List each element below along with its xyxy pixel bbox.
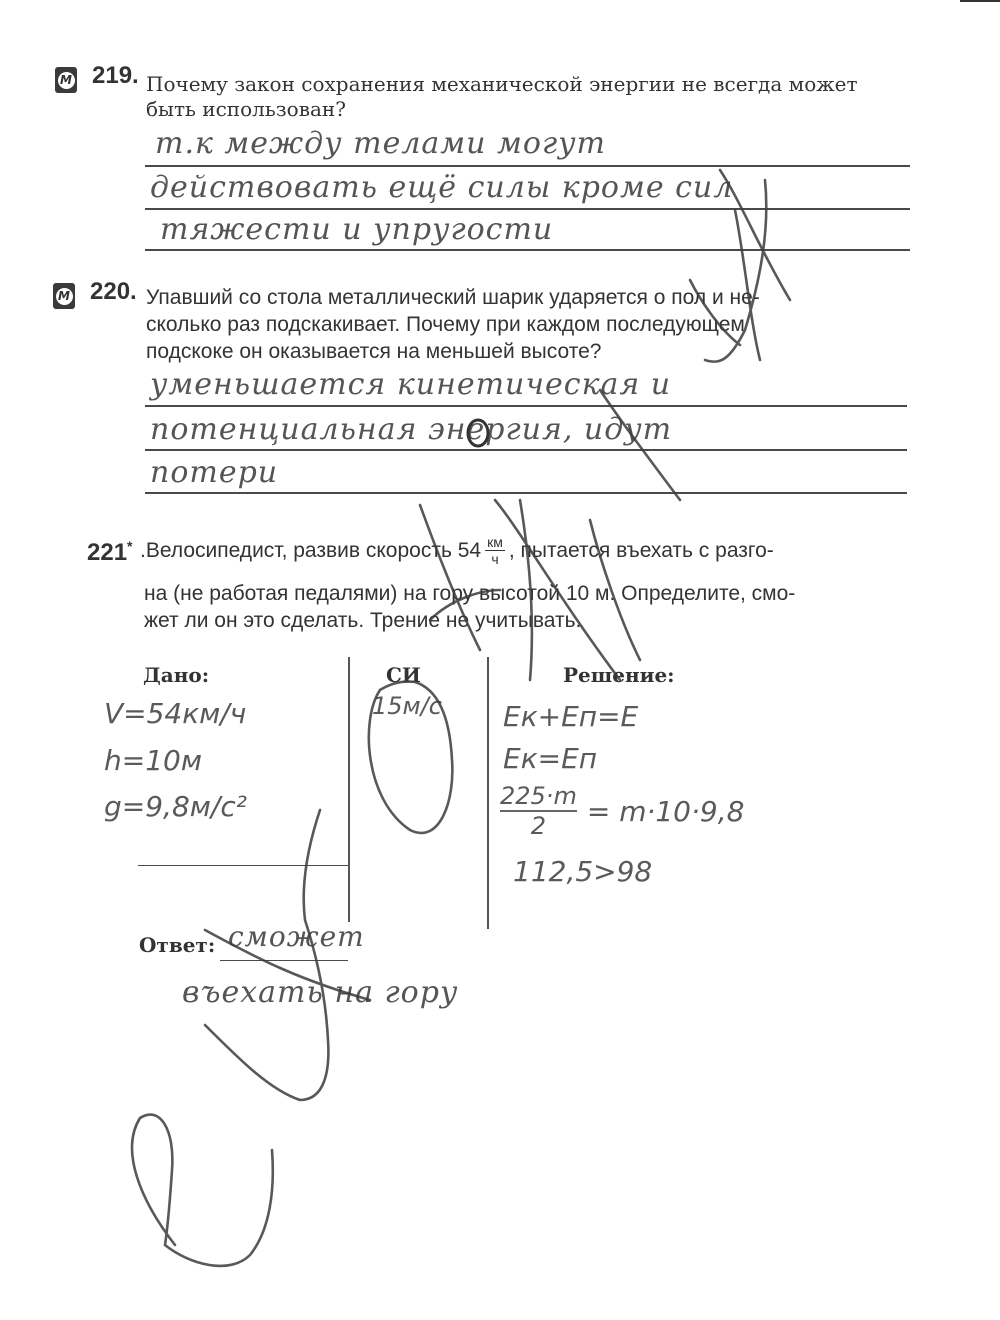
answer-line bbox=[145, 208, 910, 210]
q220-text-line2: сколько раз подскакивает. Почему при каж… bbox=[146, 311, 745, 339]
solution-label: Решение: bbox=[563, 663, 675, 687]
q221-text-line3: жет ли он это сделать. Трение не учитыва… bbox=[144, 607, 581, 635]
table-divider bbox=[348, 657, 350, 922]
method-badge-icon: М bbox=[55, 67, 77, 93]
solution-line: Eк=Eп bbox=[503, 742, 597, 775]
q220-answer-line3: потери bbox=[150, 455, 278, 490]
q219-answer-line3: тяжести и упругости bbox=[160, 212, 553, 247]
q219-text-line1: Почему закон сохранения механической эне… bbox=[146, 71, 858, 97]
q220-number: 220. bbox=[90, 278, 137, 306]
q220-answer-line2: потенциальная энергия, идут bbox=[150, 412, 672, 447]
answer-line bbox=[145, 249, 910, 251]
corner-mark bbox=[960, 0, 1000, 2]
answer-label: Ответ: bbox=[139, 933, 215, 957]
q219-number: 219. bbox=[92, 62, 139, 90]
answer-value-line2: въехать на гору bbox=[182, 975, 458, 1010]
q219-answer-line1: т.к между телами могут bbox=[155, 126, 606, 161]
answer-line bbox=[145, 449, 907, 451]
given-value: h=10м bbox=[104, 744, 202, 777]
solution-line: Eк+Eп=E bbox=[503, 700, 638, 733]
given-underline bbox=[138, 865, 348, 866]
solution-fraction: 225·m 2 = m·10·9,8 bbox=[500, 782, 744, 840]
q220-text-line3: подскоке он оказывается на меньшей высот… bbox=[146, 338, 601, 366]
answer-underline bbox=[220, 960, 348, 961]
si-value: 15м/с bbox=[372, 692, 442, 720]
answer-line bbox=[145, 165, 910, 167]
q220-answer-line1: уменьшается кинетическая и bbox=[150, 367, 671, 402]
solution-line: 112,5>98 bbox=[513, 855, 652, 888]
given-label: Дано: bbox=[143, 663, 209, 687]
q220-text-line1: Упавший со стола металлический шарик уда… bbox=[146, 284, 760, 312]
q221-number: 221* bbox=[87, 538, 133, 567]
given-value: V=54км/ч bbox=[104, 697, 246, 730]
given-value: g=9,8м/с² bbox=[104, 790, 247, 823]
q219-text-line2: быть использован? bbox=[146, 96, 346, 122]
q221-text-line1: .Велосипедист, развив скорость 54 кмч , … bbox=[140, 534, 774, 567]
table-divider bbox=[487, 657, 489, 929]
answer-line bbox=[145, 405, 907, 407]
answer-value-line1: сможет bbox=[228, 920, 365, 953]
q221-text-line2: на (не работая педалями) на гору высотой… bbox=[144, 580, 795, 608]
q219-answer-line2: действовать ещё силы кроме сил bbox=[150, 170, 733, 205]
answer-line bbox=[145, 492, 907, 494]
unit-fraction: кмч bbox=[485, 534, 505, 567]
method-badge-icon: М bbox=[53, 283, 75, 309]
si-label: СИ bbox=[386, 663, 421, 687]
